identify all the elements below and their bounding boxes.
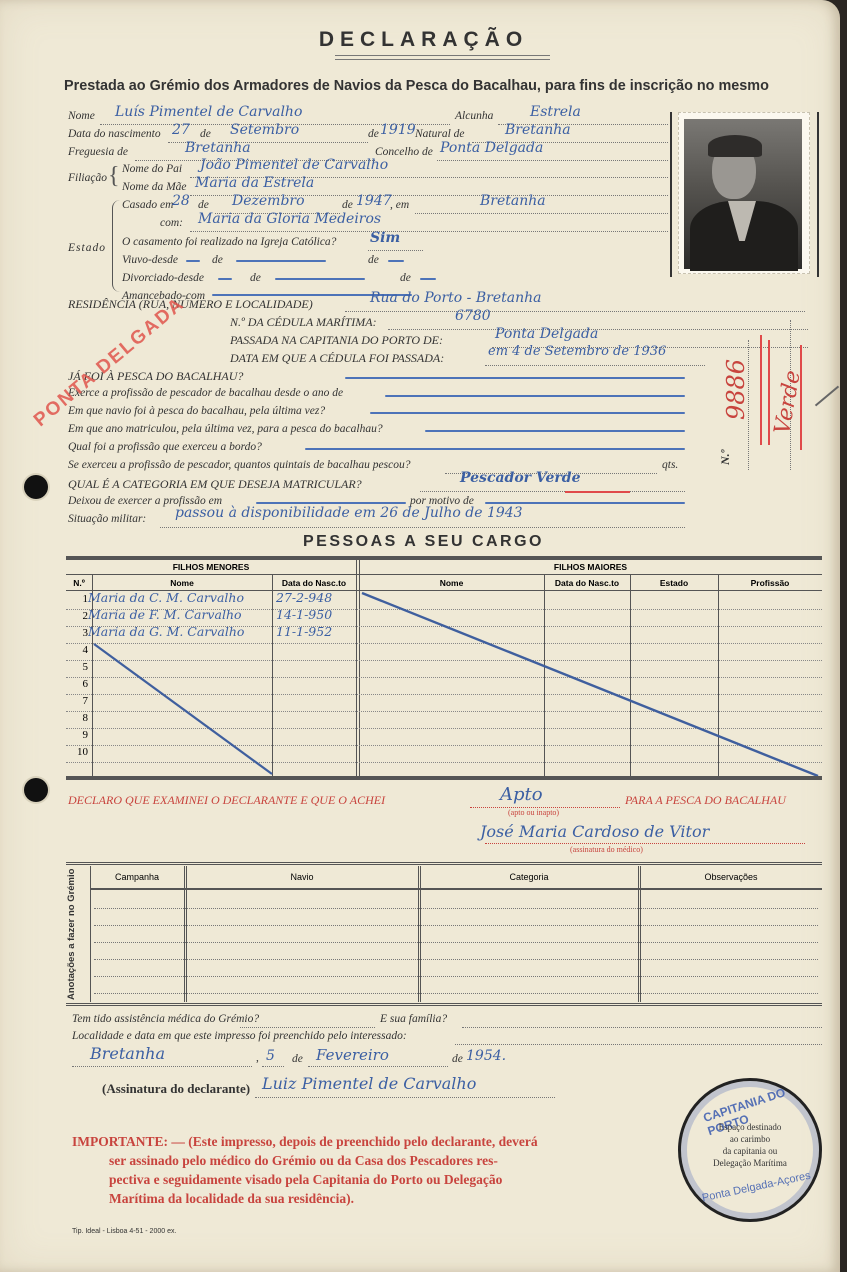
important-line: pectiva e seguidamente visado pela Capit… bbox=[72, 1170, 657, 1189]
red-underline bbox=[565, 491, 630, 493]
pesca-q9: Situação militar: bbox=[68, 513, 146, 525]
categoria-field[interactable]: Pescador Verde bbox=[460, 470, 580, 486]
medico-signature[interactable]: José Maria Cardoso de Vitor bbox=[480, 822, 709, 841]
gremio-table: Campanha Navio Categoria Observações bbox=[90, 866, 822, 1002]
medical-result-field[interactable]: Apto bbox=[500, 784, 543, 805]
place-field[interactable]: Bretanha bbox=[90, 1044, 165, 1063]
de-label: de bbox=[198, 199, 209, 211]
residencia-field[interactable]: Rua do Porto - Bretanha bbox=[370, 290, 541, 306]
alcunha-label: Alcunha bbox=[455, 110, 493, 122]
mae-label: Nome da Mãe bbox=[122, 181, 187, 193]
gremio-side-label: Anotações a fazer no Grémio bbox=[66, 869, 77, 1000]
casado-place-field[interactable]: Bretanha bbox=[480, 193, 546, 209]
casado-month-field[interactable]: Dezembro bbox=[232, 193, 305, 209]
day-field[interactable]: 5 bbox=[266, 1048, 275, 1064]
important-note: IMPORTANTE: — (Este impresso, depois de … bbox=[72, 1132, 657, 1208]
de-label: de bbox=[292, 1053, 303, 1065]
estado-label: Estado bbox=[68, 242, 106, 254]
stamp-text: Delegação Marítima bbox=[681, 1157, 819, 1169]
brace: { bbox=[108, 164, 120, 188]
dependents-title: PESSOAS A SEU CARGO bbox=[0, 533, 847, 551]
data-cedula-label: DATA EM QUE A CÉDULA FOI PASSADA: bbox=[230, 351, 444, 366]
viuvo-label: Viuvo-desde bbox=[122, 254, 178, 266]
col-categoria: Categoria bbox=[420, 872, 638, 882]
result-hint: (apto ou inapto) bbox=[508, 808, 559, 817]
stamp-text: ao carimbo bbox=[681, 1133, 819, 1145]
pai-label: Nome do Pai bbox=[122, 163, 182, 175]
nome-label: Nome bbox=[68, 110, 95, 122]
casado-day-field[interactable]: 28 bbox=[172, 193, 190, 209]
freguesia-label: Freguesia de bbox=[68, 146, 128, 158]
stamp-text: da capitania ou bbox=[681, 1145, 819, 1157]
pesca-q4: Em que ano matriculou, pela última vez, … bbox=[68, 423, 383, 435]
stamp-text: Espaço destinado bbox=[681, 1121, 819, 1133]
declarante-signature[interactable]: Luiz Pimentel de Carvalho bbox=[262, 1074, 476, 1093]
filiacao-label: Filiação bbox=[68, 172, 107, 184]
col-navio: Navio bbox=[186, 872, 418, 882]
igreja-field[interactable]: Sim bbox=[370, 230, 400, 246]
document-subtitle: Prestada ao Grémio dos Armadores de Navi… bbox=[64, 78, 769, 94]
year-field[interactable]: 1954. bbox=[466, 1048, 506, 1064]
col-observacoes: Observações bbox=[640, 872, 822, 882]
signature-hint: (assinatura do médico) bbox=[570, 845, 643, 854]
dependents-table: FILHOS MENORES FILHOS MAIORES N.º Nome D… bbox=[66, 560, 822, 778]
nascimento-month-field[interactable]: Setembro bbox=[230, 122, 299, 138]
medical-declaration: DECLARO QUE EXAMINEI O DECLARANTE E QUE … bbox=[68, 793, 385, 808]
capitania-label: PASSADA NA CAPITANIA DO PORTO DE: bbox=[230, 333, 443, 348]
title-underline bbox=[335, 55, 550, 60]
com-field[interactable]: Maria da Gloria Medeiros bbox=[198, 211, 381, 227]
de-label: de bbox=[250, 272, 261, 284]
nome-field[interactable]: Luís Pimentel de Carvalho bbox=[115, 104, 302, 120]
cedula-label: N.º DA CÉDULA MARÍTIMA: bbox=[230, 315, 377, 330]
rule bbox=[66, 862, 822, 865]
em-label: , em bbox=[390, 199, 409, 211]
nascimento-day-field[interactable]: 27 bbox=[172, 122, 190, 138]
assistencia-label: Tem tido assistência médica do Grémio? bbox=[72, 1013, 259, 1025]
situacao-militar-field[interactable]: passou à disponibilidade em 26 de Julho … bbox=[175, 505, 523, 521]
de-label: de bbox=[200, 128, 211, 140]
mae-field[interactable]: Maria da Estrela bbox=[195, 175, 314, 191]
de-label: de bbox=[368, 128, 379, 140]
cedula-field[interactable]: 6780 bbox=[455, 308, 491, 324]
nascimento-label: Data do nascimento bbox=[68, 128, 161, 140]
rule bbox=[66, 1003, 822, 1006]
col-campanha: Campanha bbox=[90, 872, 184, 882]
printer-footer: Tip. Ideal - Lisboa 4-51 - 2000 ex. bbox=[72, 1228, 176, 1235]
data-cedula-field[interactable]: em 4 de Setembro de 1936 bbox=[488, 344, 666, 359]
rule bbox=[66, 776, 822, 780]
para-pesca-label: PARA A PESCA DO BACALHAU bbox=[625, 793, 786, 808]
qts-unit: qts. bbox=[662, 459, 678, 471]
capitania-stamp: CAPITANIA DO PORTO Espaço destinado ao c… bbox=[678, 1078, 822, 1222]
assinatura-label: (Assinatura do declarante) bbox=[102, 1081, 250, 1097]
pesca-q5: Qual foi a profissão que exerceu a bordo… bbox=[68, 441, 262, 453]
pai-field[interactable]: João Pimentel de Carvalho bbox=[200, 157, 388, 173]
concelho-field[interactable]: Ponta Delgada bbox=[440, 140, 543, 156]
casado-year-field[interactable]: 1947 bbox=[356, 193, 392, 209]
brace bbox=[112, 200, 121, 292]
arrow-icon bbox=[815, 386, 839, 407]
pesca-q6: Se exerceu a profissão de pescador, quan… bbox=[68, 459, 411, 471]
document-title: DECLARAÇÃO bbox=[0, 28, 847, 52]
com-label: com: bbox=[160, 217, 183, 229]
important-line: IMPORTANTE: — (Este impresso, depois de … bbox=[72, 1132, 657, 1151]
punch-hole bbox=[24, 475, 48, 499]
pesca-q3: Em que navio foi à pesca do bacalhau, pe… bbox=[68, 405, 325, 417]
month-field[interactable]: Fevereiro bbox=[316, 1046, 389, 1064]
divorciado-label: Divorciado-desde bbox=[122, 272, 204, 284]
residencia-label: RESIDÊNCIA (RUA, NÚMERO E LOCALIDADE) bbox=[68, 297, 313, 312]
de-label: de bbox=[400, 272, 411, 284]
alcunha-field[interactable]: Estrela bbox=[530, 104, 581, 120]
natural-field[interactable]: Bretanha bbox=[505, 122, 571, 138]
registry-number: 9886 bbox=[722, 359, 750, 420]
declaration-form: DECLARAÇÃO Prestada ao Grémio dos Armado… bbox=[0, 0, 840, 1272]
capitania-field[interactable]: Ponta Delgada bbox=[495, 326, 598, 342]
de-label: de bbox=[342, 199, 353, 211]
punch-hole bbox=[24, 778, 48, 802]
portrait-photo bbox=[684, 119, 802, 269]
freguesia-field[interactable]: Bretanha bbox=[185, 140, 251, 156]
igreja-label: O casamento foi realizado na Igreja Cató… bbox=[122, 236, 336, 248]
important-line: ser assinado pelo médico do Grémio ou da… bbox=[72, 1151, 657, 1170]
nascimento-year-field[interactable]: 1919 bbox=[380, 122, 416, 138]
de-label: de bbox=[368, 254, 379, 266]
stamp-ring-bottom: Ponta Delgada-Açores bbox=[701, 1170, 812, 1205]
de-label: de bbox=[212, 254, 223, 266]
localidade-label: Localidade e data em que este impresso f… bbox=[72, 1030, 407, 1042]
casado-label: Casado em bbox=[122, 199, 173, 211]
pesca-q7: QUAL É A CATEGORIA EM QUE DESEJA MATRICU… bbox=[68, 477, 362, 492]
important-line: Marítima da localidade da sua residência… bbox=[72, 1189, 657, 1208]
cross-out-lines bbox=[66, 560, 822, 778]
natural-label: Natural de bbox=[415, 128, 465, 140]
pesca-q2: Exerce a profissão de pescador de bacalh… bbox=[68, 387, 343, 399]
registry-number-label: N.º bbox=[718, 450, 733, 465]
familia-label: E sua família? bbox=[380, 1013, 447, 1025]
de-label: de bbox=[452, 1053, 463, 1065]
